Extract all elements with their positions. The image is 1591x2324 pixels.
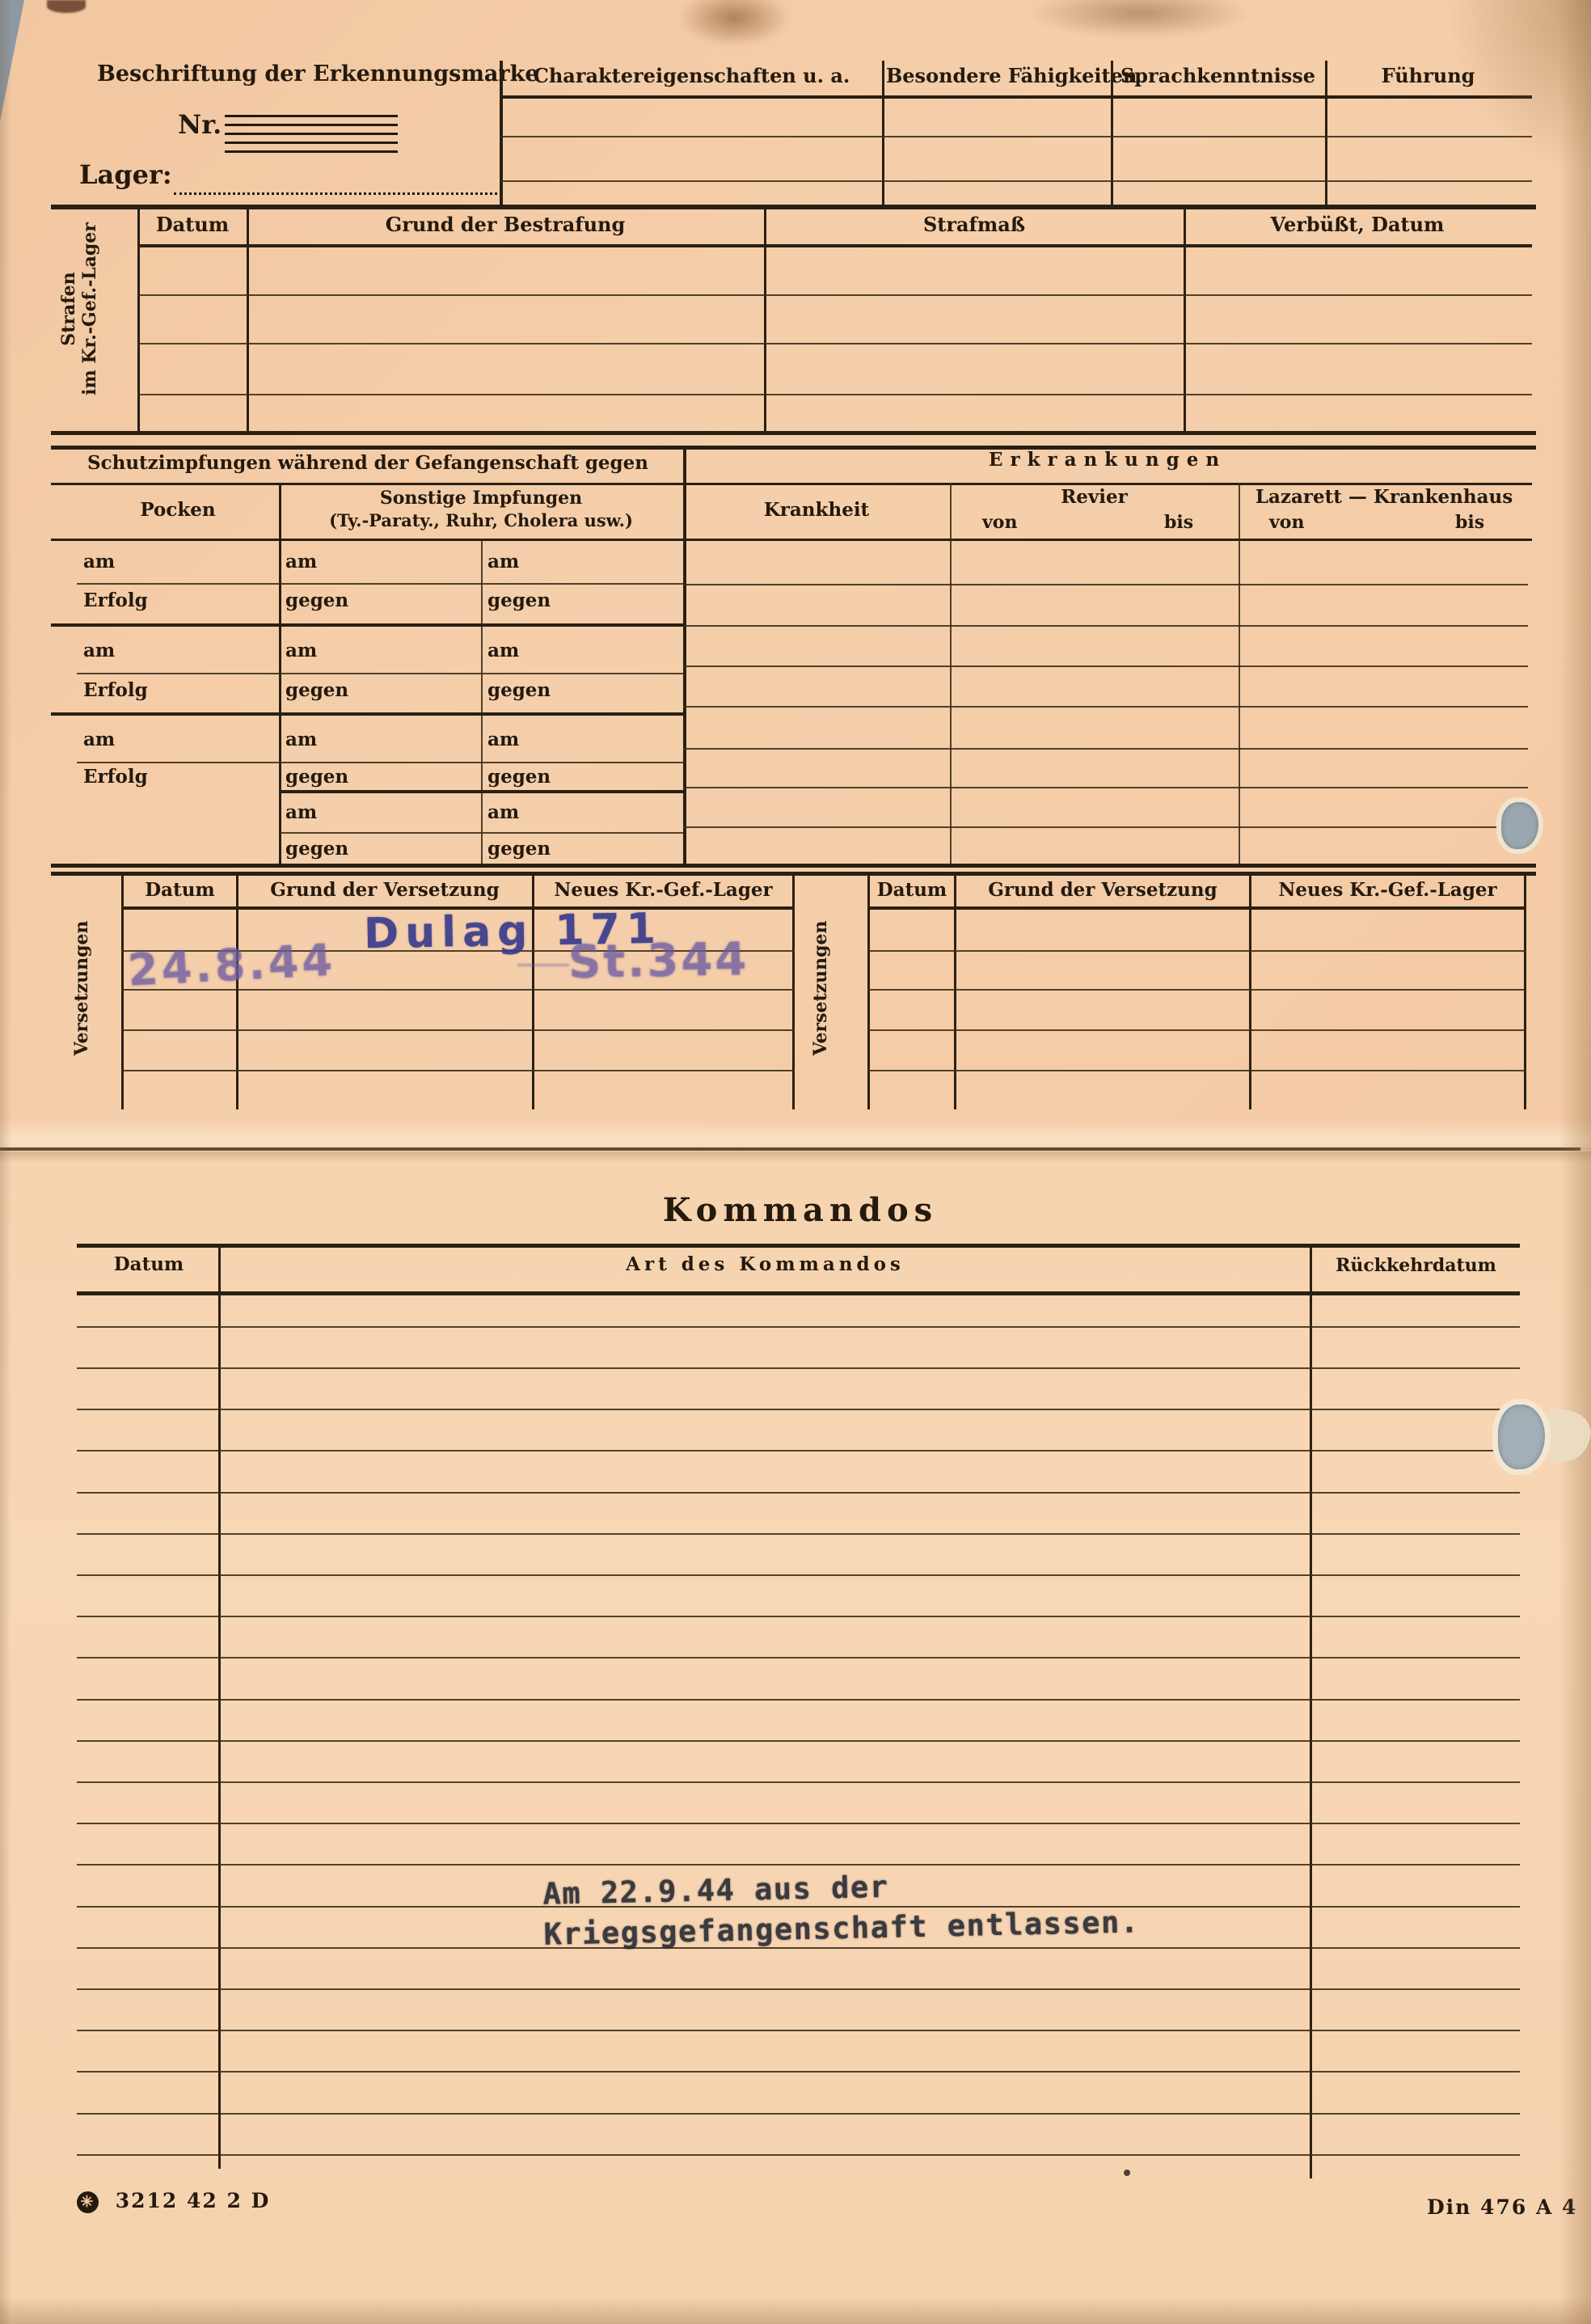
stamp-smudge (517, 964, 569, 966)
grid-line (77, 583, 683, 585)
am-label: am (83, 640, 115, 661)
grid-line (77, 1326, 1520, 1328)
gegen-label: gegen (487, 680, 551, 701)
impfungen-title: Schutzimpfungen während der Gefangenscha… (57, 453, 679, 474)
am-label: am (285, 640, 317, 661)
fold-line (0, 1147, 1580, 1151)
grid-line (77, 1616, 1520, 1617)
strafen-side-line1: Strafen (58, 272, 79, 345)
versetzungen-col-neues: Neues Kr.-Gef.-Lager (536, 880, 791, 901)
versetzungen-side-label-right: Versetzungen (810, 870, 831, 1106)
grid-line (121, 1029, 795, 1031)
nr-ruled-lines (225, 115, 398, 157)
grid-line (683, 787, 1528, 788)
erkrankungen-title: Erkrankungen (687, 450, 1528, 471)
grid-line (137, 205, 140, 433)
grid-line (137, 394, 1532, 395)
am-label: am (285, 802, 317, 823)
grid-line (1325, 61, 1327, 205)
grid-line (867, 1029, 1526, 1031)
erkrankungen-col-lazarett: Lazarett — Krankenhaus (1243, 487, 1526, 508)
grid-line (867, 950, 1526, 952)
versetzungen-col-datum: Datum (125, 880, 234, 901)
grid-line (51, 623, 683, 627)
grid-line (51, 539, 683, 541)
am-label: am (285, 729, 317, 750)
grid-line (77, 2071, 1520, 2073)
grid-line (77, 1699, 1520, 1701)
strafen-side-label: Strafen im Kr.-Gef.-Lager (58, 202, 100, 416)
grid-line (51, 431, 1536, 435)
grid-line (500, 136, 1532, 137)
am-label: am (487, 729, 519, 750)
kommandos-col-rueckkehr: Rückkehrdatum (1314, 1256, 1518, 1276)
gegen-label: gegen (285, 590, 348, 611)
grid-line (77, 1492, 1520, 1494)
grid-line (950, 483, 952, 864)
am-label: am (83, 729, 115, 750)
col-besondere-faehigkeiten: Besondere Fähigkeiten (886, 65, 1107, 87)
grid-line (683, 584, 1528, 585)
gegen-label: gegen (285, 680, 348, 701)
gegen-label: gegen (285, 839, 348, 860)
grid-line (77, 762, 683, 763)
grid-line (683, 483, 1532, 485)
lazarett-bis-label: bis (1455, 513, 1484, 533)
grid-line (1310, 1244, 1312, 2178)
grid-line (683, 625, 1528, 627)
impfungen-col-sonstige-line2: (Ty.-Paraty., Ruhr, Cholera usw.) (283, 511, 679, 530)
strafen-col-strafmass: Strafmaß (768, 213, 1180, 236)
grid-line (137, 244, 1532, 247)
erkennungsmarke-label: Beschriftung der Erkennungsmarke (97, 61, 485, 87)
grid-line (137, 294, 1532, 296)
col-sprachkenntnisse: Sprachkenntnisse (1115, 65, 1321, 87)
grid-line (77, 1740, 1520, 1742)
kommandos-title: Kommandos (485, 1192, 1116, 1229)
am-label: am (285, 551, 317, 573)
grid-line (867, 989, 1526, 991)
grid-line (77, 2154, 1520, 2156)
grid-line (77, 1781, 1520, 1783)
grid-line (77, 2113, 1520, 2115)
grid-line (1184, 205, 1186, 433)
grid-line (77, 1450, 1520, 1451)
nr-label: Nr. (178, 110, 222, 140)
versetzungen-side-label-left: Versetzungen (71, 870, 92, 1106)
erfolg-label: Erfolg (83, 767, 148, 788)
col-charaktereigenschaften: Charaktereigenschaften u. a. (508, 65, 876, 87)
grid-line (77, 1574, 1520, 1576)
impfungen-col-sonstige-line1: Sonstige Impfungen (283, 488, 679, 509)
grid-line (247, 205, 249, 433)
grid-line (77, 1244, 1520, 1248)
versetzungen-col-grund-right: Grund der Versetzung (958, 880, 1247, 901)
grid-line (500, 95, 1532, 99)
erfolg-label: Erfolg (83, 590, 148, 611)
am-label: am (487, 551, 519, 573)
lazarett-von-label: von (1269, 513, 1304, 533)
grid-line (1111, 61, 1113, 205)
grid-line (51, 205, 1536, 209)
grid-line (1239, 483, 1240, 864)
grid-line (77, 1864, 1520, 1866)
grid-line (77, 1657, 1520, 1658)
grid-line (121, 1070, 795, 1071)
col-fuehrung: Führung (1329, 65, 1527, 87)
stamp-st-344: St.344 (568, 933, 749, 989)
gegen-label: gegen (285, 767, 348, 788)
grid-line (683, 826, 1528, 828)
am-label: am (487, 640, 519, 661)
grid-line (51, 864, 1536, 868)
grid-line (77, 1409, 1520, 1410)
printer-mark-icon: ✳ (77, 2191, 99, 2213)
din-format-label: Din 476 A 4 (1427, 2196, 1577, 2220)
strafen-side-line2: im Kr.-Gef.-Lager (79, 222, 100, 395)
gegen-label: gegen (487, 839, 551, 860)
stamp-date-24-8-44: 24.8.44 (127, 934, 337, 995)
print-code-text: 3212 42 2 D (116, 2189, 271, 2212)
strafen-col-verbuesst: Verbüßt, Datum (1188, 213, 1527, 236)
grid-line (882, 61, 884, 205)
grid-line (77, 2030, 1520, 2031)
grid-line (77, 1291, 1520, 1295)
grid-line (683, 666, 1528, 667)
grid-line (77, 1988, 1520, 1990)
grid-line (500, 180, 1532, 182)
release-stamp: Am 22.9.44 aus der Kriegsgefangenschaft … (542, 1861, 1140, 1954)
grid-line (51, 712, 683, 716)
grid-line (77, 673, 683, 674)
grid-line (481, 539, 483, 864)
gegen-label: gegen (487, 590, 551, 611)
grid-line (683, 706, 1528, 708)
grid-line (77, 1823, 1520, 1824)
erkrankungen-col-krankheit: Krankheit (687, 500, 946, 521)
gegen-label: gegen (487, 767, 551, 788)
revier-von-label: von (982, 513, 1017, 533)
grid-line (279, 832, 683, 834)
grid-line (683, 446, 686, 864)
grid-line (77, 1533, 1520, 1535)
grid-line (137, 343, 1532, 344)
kommandos-col-art: Art des Kommandos (222, 1254, 1308, 1275)
grid-line (279, 790, 683, 793)
strafen-col-grund: Grund der Bestrafung (251, 213, 760, 236)
revier-bis-label: bis (1164, 513, 1193, 533)
versetzungen-col-datum-right: Datum (871, 880, 952, 901)
am-label: am (83, 551, 115, 573)
versetzungen-col-neues-right: Neues Kr.-Gef.-Lager (1253, 880, 1522, 901)
grid-line (867, 1070, 1526, 1071)
grid-line (683, 748, 1528, 750)
impfungen-col-pocken: Pocken (81, 500, 275, 521)
grid-line (867, 906, 1526, 910)
lager-dotted-line (174, 168, 497, 195)
grid-line (51, 483, 683, 485)
strafen-col-datum: Datum (141, 213, 243, 236)
versetzungen-col-grund: Grund der Versetzung (240, 880, 530, 901)
pow-record-card-scan: Beschriftung der Erkennungsmarke Nr. Lag… (0, 0, 1591, 2324)
ink-speck (1124, 2170, 1130, 2176)
lager-label: Lager: (79, 160, 172, 190)
erfolg-label: Erfolg (83, 680, 148, 701)
grid-line (683, 539, 1532, 541)
grid-line (764, 205, 766, 433)
erkrankungen-col-revier: Revier (954, 487, 1234, 508)
grid-line (77, 1367, 1520, 1369)
kommandos-col-datum: Datum (81, 1254, 217, 1275)
print-code: ✳ 3212 42 2 D (77, 2190, 270, 2213)
grid-line (500, 61, 503, 205)
am-label: am (487, 802, 519, 823)
